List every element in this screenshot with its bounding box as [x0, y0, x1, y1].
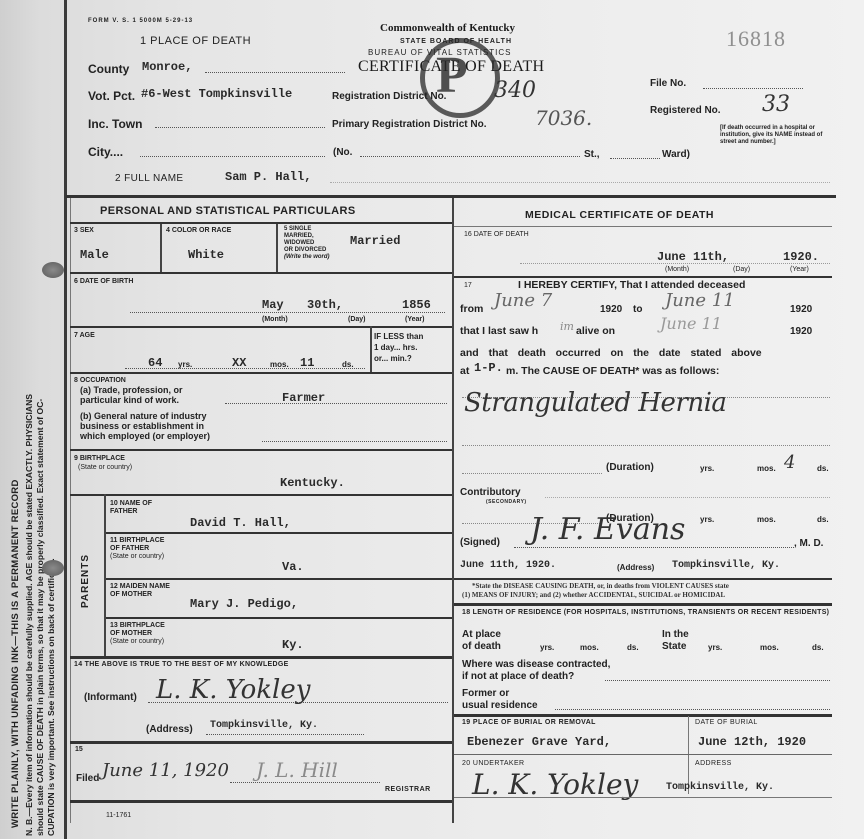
to-year: 1920	[790, 304, 812, 315]
occupation-a-line: (a) Trade, profession, or	[80, 385, 183, 395]
him-written[interactable]: im	[560, 320, 574, 333]
ward-label: Ward)	[662, 149, 690, 160]
father-name-value[interactable]: David T. Hall,	[190, 516, 291, 530]
medical-heading: MEDICAL CERTIFICATE OF DEATH	[525, 209, 714, 221]
full-name-value[interactable]: Sam P. Hall,	[225, 170, 311, 184]
physician-address-label: (Address)	[617, 563, 654, 572]
punch-hole-bottom	[42, 560, 64, 576]
mother-name-value[interactable]: Mary J. Pedigo,	[190, 597, 298, 611]
state-header: Commonwealth of Kentucky	[380, 22, 515, 34]
race-value[interactable]: White	[188, 248, 224, 262]
row-rule	[454, 276, 832, 278]
mother-name-label-line: 12 MAIDEN NAME	[110, 583, 170, 591]
row-rule	[70, 494, 452, 496]
time-of-death[interactable]: 1-P.	[474, 361, 503, 375]
row-rule	[106, 532, 452, 534]
md-label: , M. D.	[794, 538, 823, 549]
father-birthplace-label: 11 BIRTHPLACE OF FATHER (State or countr…	[110, 537, 164, 561]
row-rule	[454, 578, 832, 580]
signed-dotline	[514, 547, 794, 548]
signed-label: (Signed)	[460, 537, 500, 548]
age-mos-label: mos.	[270, 360, 289, 369]
county-label: County	[88, 62, 129, 76]
footnote-line: (1) MEANS OF INJURY; and (2) whether ACC…	[462, 591, 729, 600]
burial-date-label: DATE OF BURIAL	[695, 719, 758, 726]
death-month-caption: (Month)	[665, 266, 689, 273]
father-birthplace-label-line: 11 BIRTHPLACE	[110, 537, 164, 545]
less-than-day-line: IF LESS than	[374, 331, 423, 342]
street-suffix-label: St.,	[584, 149, 600, 160]
occupation-b-line: (b) General nature of industry	[80, 411, 210, 421]
row-rule	[70, 326, 452, 328]
last-saw-year: 1920	[790, 326, 812, 337]
last-saw-date[interactable]: June 11	[660, 314, 722, 333]
death-month-day[interactable]: June 11th,	[657, 250, 729, 264]
age-divider	[370, 326, 372, 372]
year-caption: (Year)	[405, 316, 424, 323]
duration-dotline	[462, 473, 602, 474]
occupation-a-line: particular kind of work.	[80, 395, 183, 405]
inc-town-field[interactable]	[155, 127, 325, 128]
birthplace-value[interactable]: Kentucky.	[280, 476, 345, 490]
occupation-dotline	[225, 403, 447, 404]
residence-in-state-label: In the State	[662, 629, 689, 653]
age-label: 7 AGE	[74, 332, 95, 339]
birthplace-caption: (State or country)	[78, 464, 132, 471]
undertaker-label: 20 UNDERTAKER	[462, 760, 525, 767]
punch-hole-top	[42, 262, 64, 278]
street-field[interactable]	[360, 156, 580, 157]
industry-field[interactable]	[262, 441, 447, 442]
contributory-field[interactable]	[545, 497, 830, 498]
row-rule	[106, 617, 452, 619]
mother-birthplace-label-line: OF MOTHER	[110, 630, 165, 638]
registrar-signature[interactable]: J. L. Hill	[256, 758, 338, 782]
row-rule	[454, 754, 832, 755]
row-rule	[70, 800, 452, 803]
undertaker-address-label: ADDRESS	[695, 760, 732, 767]
death-certificate: WRITE PLAINLY, WITH UNFADING INK—THIS IS…	[0, 0, 864, 839]
disease-contracted-label: Where was disease contracted, if not at …	[462, 659, 610, 683]
father-birthplace-value[interactable]: Va.	[282, 560, 304, 574]
from-year: 1920	[600, 304, 622, 315]
dob-dotline	[130, 312, 445, 313]
disease-contracted-field[interactable]	[605, 680, 830, 681]
attended-from[interactable]: June 7	[494, 290, 552, 311]
county-value[interactable]: Monroe,	[142, 60, 192, 74]
hospital-note: [If death occurred in a hospital or inst…	[720, 125, 830, 146]
primary-registration-label: Primary Registration District No.	[332, 119, 486, 130]
file-number-stamp: 16818	[726, 26, 786, 52]
sex-value[interactable]: Male	[80, 248, 109, 262]
informant-signature[interactable]: L. K. Yokley	[156, 675, 310, 705]
file-no-field[interactable]	[703, 88, 803, 89]
side-instruction-line4: CUPATION is very important. See instruct…	[46, 558, 56, 836]
place-of-death-heading: 1 PLACE OF DEATH	[140, 35, 251, 47]
at-place-line: At place	[462, 629, 501, 641]
informant-address-label: (Address)	[146, 724, 193, 735]
cause-footnote: *State the DISEASE CAUSING DEATH, or, in…	[462, 582, 729, 600]
dob-year[interactable]: 1856	[402, 298, 431, 312]
cause-of-death-intro: m. The CAUSE OF DEATH* was as follows:	[506, 365, 719, 377]
registered-no-value[interactable]: 33	[762, 92, 790, 117]
row-rule	[454, 603, 832, 606]
in-state-line: In the	[662, 629, 689, 641]
mother-name-label-line: OF MOTHER	[110, 591, 170, 599]
residence-place-mos: mos.	[580, 643, 599, 652]
dob-day[interactable]: 30th,	[307, 298, 343, 312]
physician-address[interactable]: Tompkinsville, Ky.	[672, 560, 780, 571]
row-rule	[70, 449, 452, 451]
primary-registration-value[interactable]: 7036.	[535, 106, 592, 130]
mother-name-label: 12 MAIDEN NAME OF MOTHER	[110, 583, 170, 599]
signed-date[interactable]: June 11th, 1920.	[460, 560, 556, 571]
age-months[interactable]: XX	[232, 356, 246, 370]
death-year[interactable]: 1920.	[783, 250, 819, 264]
attended-to[interactable]: June 11	[665, 290, 735, 311]
residence-place-yrs: yrs.	[540, 643, 554, 652]
occupation-a-label: (a) Trade, profession, or particular kin…	[80, 385, 183, 405]
occupation-label: 8 OCCUPATION	[74, 377, 126, 384]
contracted-line: if not at place of death?	[462, 671, 610, 683]
alive-on-label: alive on	[576, 325, 615, 337]
duration-ds-label: ds.	[817, 464, 829, 473]
cause-second-dotline	[462, 445, 830, 446]
burial-place-value[interactable]: Ebenezer Grave Yard,	[467, 735, 611, 749]
less-than-day-label: IF LESS than 1 day... hrs. or... min.?	[374, 331, 423, 364]
filed-label: Filed	[76, 773, 99, 784]
side-instruction-line1: WRITE PLAINLY, WITH UNFADING INK—THIS IS…	[10, 479, 21, 828]
footnote-line: *State the DISEASE CAUSING DEATH, or, in…	[462, 582, 729, 591]
left-border	[70, 198, 71, 823]
contributory-yrs-label: yrs.	[700, 515, 714, 524]
less-than-day-line: or... min.?	[374, 353, 423, 364]
occupation-b-label: (b) General nature of industry business …	[80, 411, 210, 441]
physician-signature[interactable]: J. F. Evans	[530, 512, 685, 547]
in-state-line: State	[662, 641, 689, 653]
undertaker-address-value[interactable]: Tompkinsville, Ky.	[666, 782, 774, 793]
birthplace-label: 9 BIRTHPLACE	[74, 455, 125, 462]
margin-rule	[64, 0, 67, 839]
burial-place-label: 19 PLACE OF BURIAL OR REMOVAL	[462, 719, 596, 726]
from-label: from	[460, 303, 483, 315]
marital-label-line: OR DIVORCED	[284, 247, 330, 254]
less-than-day-line: 1 day... hrs.	[374, 342, 423, 353]
age-days[interactable]: 11	[300, 356, 314, 370]
side-instruction-line2: N. B.—Every item of information should b…	[24, 394, 34, 836]
cause-of-death[interactable]: Strangulated Hernia	[464, 388, 726, 418]
footer-code: 11-1761	[106, 812, 131, 819]
at-label: at	[460, 365, 469, 377]
day-caption: (Day)	[348, 316, 366, 323]
ward-field[interactable]	[610, 158, 660, 159]
vot-pct-value[interactable]: #6-West Tompkinsville	[141, 87, 292, 101]
father-name-label-line: FATHER	[110, 508, 152, 516]
county-dotline	[205, 72, 345, 73]
row-rule	[106, 578, 452, 580]
duration-yrs-label: yrs.	[700, 464, 714, 473]
row-rule	[70, 656, 452, 659]
informant-address-value[interactable]: Tompkinsville, Ky.	[210, 720, 318, 731]
marital-label-line: 5 SINGLE	[284, 226, 330, 233]
filing-number: 15	[75, 746, 83, 753]
marital-label-line: WIDOWED	[284, 240, 330, 247]
duration-label: (Duration)	[606, 462, 654, 473]
row-rule	[70, 372, 452, 374]
death-year-caption: (Year)	[790, 266, 809, 273]
dob-month[interactable]: May	[262, 298, 284, 312]
personal-heading-rule	[70, 222, 452, 224]
informant-heading: 14 THE ABOVE IS TRUE TO THE BEST OF MY K…	[74, 661, 289, 668]
age-yrs-label: yrs.	[178, 360, 192, 369]
residence-state-yrs: yrs.	[708, 643, 722, 652]
row-rule	[70, 272, 452, 274]
month-caption: (Month)	[262, 316, 288, 323]
mother-birthplace-label-line: 13 BIRTHPLACE	[110, 622, 165, 630]
sex-label: 3 SEX	[74, 227, 94, 234]
registration-district-value[interactable]: 340	[494, 78, 536, 103]
side-instruction-line3: should state CAUSE OF DEATH in plain ter…	[35, 399, 45, 836]
former-line: usual residence	[462, 700, 538, 712]
parents-divider	[104, 494, 106, 656]
marital-label: 5 SINGLE MARRIED, WIDOWED OR DIVORCED (W…	[284, 226, 330, 261]
parents-label: PARENTS	[80, 554, 91, 608]
contributory-label: Contributory	[460, 487, 521, 498]
to-label: to	[633, 304, 642, 315]
registration-district-label: Registration District No.	[332, 91, 446, 102]
death-occurred-statement: and that death occurred on the date stat…	[460, 347, 762, 359]
personal-heading: PERSONAL AND STATISTICAL PARTICULARS	[100, 205, 356, 217]
cause-duration-months[interactable]: 4	[784, 452, 795, 473]
age-years[interactable]: 64	[148, 356, 162, 370]
dob-label: 6 DATE OF BIRTH	[74, 278, 133, 285]
city-field[interactable]	[140, 156, 325, 157]
race-label: 4 COLOR OR RACE	[166, 227, 231, 234]
residence-at-place-label: At place of death	[462, 629, 501, 653]
vot-pct-label: Vot. Pct.	[88, 89, 135, 103]
last-saw-label: that I last saw h	[460, 325, 538, 337]
street-number-label: (No.	[333, 147, 352, 158]
medical-heading-rule	[454, 226, 832, 227]
mother-birthplace-label: 13 BIRTHPLACE OF MOTHER (State or countr…	[110, 622, 165, 646]
death-day-caption: (Day)	[733, 266, 750, 273]
father-name-label: 10 NAME OF FATHER	[110, 500, 152, 516]
contributory-mos-label: mos.	[757, 515, 776, 524]
former-residence-label: Former or usual residence	[462, 688, 538, 712]
registered-no-label: Registered No.	[650, 105, 721, 116]
row-rule	[454, 714, 832, 717]
certify-number: 17	[464, 282, 472, 289]
contracted-line: Where was disease contracted,	[462, 659, 610, 671]
mother-birthplace-value[interactable]: Ky.	[282, 638, 304, 652]
registrar-label: REGISTRAR	[385, 786, 431, 793]
full-name-label: 2 FULL NAME	[115, 173, 184, 184]
header-divider	[66, 195, 836, 198]
file-no-label: File No.	[650, 78, 686, 89]
father-birthplace-label-line: OF FATHER	[110, 545, 164, 553]
father-birthplace-label-line: (State or country)	[110, 553, 164, 561]
mother-birthplace-label-line: (State or country)	[110, 638, 165, 646]
residence-state-mos: mos.	[760, 643, 779, 652]
row-rule	[454, 797, 832, 798]
contributory-ds-label: ds.	[817, 515, 829, 524]
marital-value[interactable]: Married	[350, 234, 400, 248]
city-label: City....	[88, 145, 123, 159]
burial-date-value[interactable]: June 12th, 1920	[698, 735, 806, 749]
occupation-b-line: which employed (or employer)	[80, 431, 210, 441]
race-marital-divider	[276, 224, 278, 272]
residence-place-ds: ds.	[627, 643, 639, 652]
secondary-caption: (SECONDARY)	[486, 499, 527, 505]
form-number: FORM V. S. 1 5000M 5-29-13	[88, 18, 193, 24]
occupation-value[interactable]: Farmer	[282, 391, 325, 405]
column-divider	[452, 198, 454, 823]
row-rule	[70, 741, 452, 744]
former-residence-field[interactable]	[555, 709, 830, 710]
former-line: Former or	[462, 688, 538, 700]
residence-heading: 18 LENGTH OF RESIDENCE (FOR HOSPITALS, I…	[462, 608, 832, 617]
at-place-line: of death	[462, 641, 501, 653]
inc-town-label: Inc. Town	[88, 117, 142, 131]
informant-address-dotline	[206, 734, 364, 735]
occupation-b-line: business or establishment in	[80, 421, 210, 431]
father-name-label-line: 10 NAME OF	[110, 500, 152, 508]
duration-mos-label: mos.	[757, 464, 776, 473]
age-ds-label: ds.	[342, 360, 354, 369]
informant-label: (Informant)	[84, 692, 137, 703]
residence-state-ds: ds.	[812, 643, 824, 652]
date-of-death-label: 16 DATE OF DEATH	[464, 231, 529, 238]
side-margin-instructions: WRITE PLAINLY, WITH UNFADING INK—THIS IS…	[0, 0, 60, 839]
marital-label-line: MARRIED,	[284, 233, 330, 240]
sex-race-divider	[160, 224, 162, 272]
filed-date[interactable]: June 11, 1920	[102, 760, 229, 781]
filed-dotline	[230, 782, 380, 783]
full-name-dotline	[330, 182, 830, 183]
marital-label-line: (Write the word)	[284, 254, 330, 261]
